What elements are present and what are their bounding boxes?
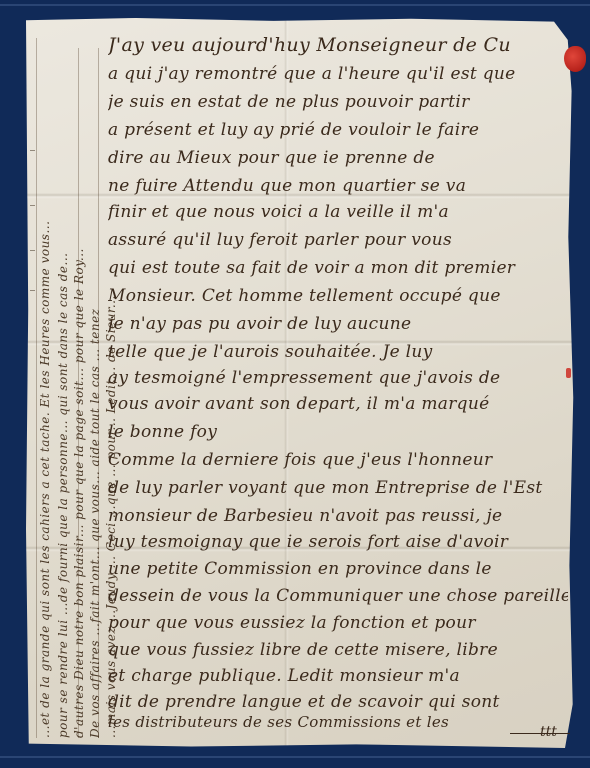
letter-line: dire au Mieux pour que ie prenne de <box>108 146 568 170</box>
letter-line: de luy parler voyant que mon Entreprise … <box>108 476 568 500</box>
letter-line: ne fuire Attendu que mon quartier se va <box>108 174 568 198</box>
letter-line: je suis en estat de ne plus pouvoir part… <box>108 90 568 114</box>
letter-line: dessein de vous la Communiquer une chose… <box>108 584 568 608</box>
letter-line: luy tesmoignay que ie serois fort aise d… <box>108 530 568 554</box>
margin-text-column: ...et de la grande qui sont les cahiers … <box>38 38 54 738</box>
letter-line: vous avoir avant son depart, il m'a marq… <box>108 392 568 416</box>
letter-line: telle que je l'aurois souhaitée. Je luy <box>108 340 568 364</box>
margin-tick <box>30 150 35 151</box>
letter-line: assuré qu'il luy feroit parler pour vous <box>108 228 568 252</box>
letter-line: une petite Commission en province dans l… <box>108 557 568 581</box>
letter-line: les distributeurs de ses Commissions et … <box>108 710 568 734</box>
background-band-bottom <box>0 756 590 758</box>
letter-line: je n'ay pas pu avoir de luy aucune <box>108 312 568 336</box>
letter-line: le bonne foy <box>108 420 568 444</box>
letter-line: et charge publique. Ledit monsieur m'a <box>108 664 568 688</box>
margin-text-column: pour se rendre lui ...de fourni que la p… <box>56 38 72 738</box>
letter-line: Comme la derniere fois que j'eus l'honne… <box>108 448 568 472</box>
letter-line: pour que vous eussiez la fonction et pou… <box>108 611 568 635</box>
letter-line: J'ay veu aujourd'huy Monseigneur de Cu <box>108 33 568 57</box>
letter-line: a présent et luy ay prié de vouloir le f… <box>108 118 568 142</box>
letter-line: ay tesmoigné l'empressement que j'avois … <box>108 366 568 390</box>
letter-line: que vous fussiez libre de cette misere, … <box>108 638 568 662</box>
letter-line: a qui j'ay remontré que a l'heure qu'il … <box>108 62 568 86</box>
letter-line: monsieur de Barbesieu n'avoit pas reussi… <box>108 504 568 528</box>
letter-line: finir et que nous voici a la veille il m… <box>108 200 568 224</box>
margin-tick <box>30 205 35 206</box>
margin-text-column: De vos affaires ...fait m'ont... que vou… <box>88 38 104 738</box>
end-mark: ttt <box>540 724 557 740</box>
margin-tick <box>30 250 35 251</box>
letter-line: qui est toute sa fait de voir a mon dit … <box>108 256 568 280</box>
margin-rule <box>36 38 37 738</box>
margin-tick <box>30 290 35 291</box>
background-band-top <box>0 4 590 6</box>
letter-line: Monsieur. Cet homme tellement occupé que <box>108 284 568 308</box>
margin-text-column: d'autres Dieu notre bon plaisir... pour … <box>72 38 88 738</box>
